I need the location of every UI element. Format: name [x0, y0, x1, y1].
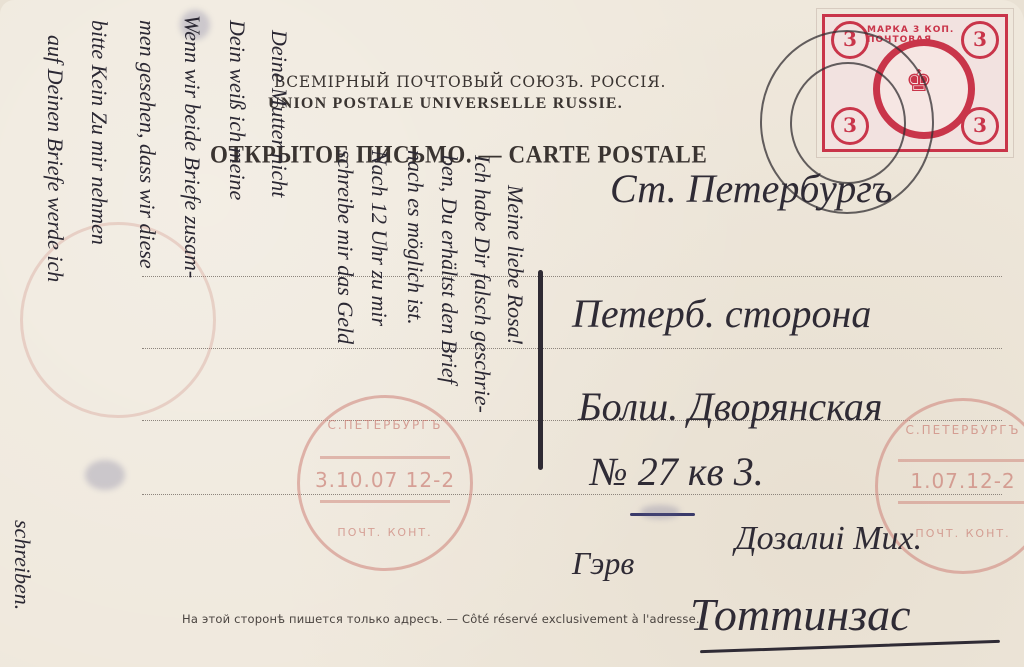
address-guide-line [142, 494, 1002, 495]
message-line: bitte Kein Zu mir nehmen [86, 20, 112, 245]
ink-smudge [85, 460, 125, 490]
postmark-city: С.ПЕТЕРБУРГЪ [878, 423, 1024, 437]
message-line: nach es möglich ist. [402, 150, 428, 325]
postmark-bar [320, 456, 449, 459]
message-line: Wenn wir beide Briefe zusam- [179, 15, 205, 278]
footer-note: На этой сторонѣ пишется только адресъ. —… [182, 612, 700, 626]
address-line-street: Болш. Дворянская [578, 383, 883, 430]
header-upu-french: UNION POSTALE UNIVERSELLE RUSSIE. [268, 95, 623, 113]
address-line-prefix: Гэрв [572, 545, 634, 582]
message-line: Dein weiß ich meine [224, 20, 250, 200]
postmark-date: 3.10.07 12-2 [300, 468, 470, 492]
address-guide-line [142, 348, 1002, 349]
postmark-city: С.ПЕТЕРБУРГЪ [300, 418, 470, 432]
address-line-district: Петерб. сторона [572, 290, 871, 337]
divider-line [538, 270, 543, 470]
message-line: auf Deinen Briefe werde ich [42, 35, 68, 282]
address-line-number: № 27 кв 3. [590, 448, 764, 495]
postmark-bar [320, 500, 449, 503]
address-line-recipient: Дозалиі Мих. [735, 520, 922, 558]
red-postmark-center: С.ПЕТЕРБУРГЪ 3.10.07 12-2 ПОЧТ. КОНТ. [297, 395, 473, 571]
message-line: schreibe mir das Geld [332, 150, 358, 344]
message-line: Nach 12 Uhr zu mir [366, 150, 392, 326]
header-upu-russian: ВСЕМІРНЫЙ ПОЧТОВЫЙ СОЮЗЪ. РОССІЯ. [274, 73, 666, 91]
postmark-bar [898, 459, 1024, 462]
message-line: men gesehen, dass wir diese [134, 20, 160, 269]
message-line: Meine liebe Rosa! [502, 185, 528, 345]
address-guide-line [142, 276, 1002, 277]
address-line-surname: Тоттинзас [690, 588, 911, 641]
message-line: schreiben. [9, 520, 35, 610]
postmark-date: 1.07.12-2 [878, 469, 1024, 493]
ink-smudge [640, 505, 680, 519]
postmark-bar [898, 501, 1024, 504]
postmark-office: ПОЧТ. КОНТ. [300, 526, 470, 539]
message-line: ben, Du erhältst den Brief [436, 155, 462, 384]
message-line: Deine Mutter nicht [266, 30, 292, 197]
name-underline [700, 640, 1000, 653]
postcard: ВСЕМІРНЫЙ ПОЧТОВЫЙ СОЮЗЪ. РОССІЯ. UNION … [0, 0, 1024, 667]
message-line: Ich habe Dir falsch geschrie- [469, 155, 495, 413]
address-line-city: Ст. Петербургъ [610, 165, 893, 212]
